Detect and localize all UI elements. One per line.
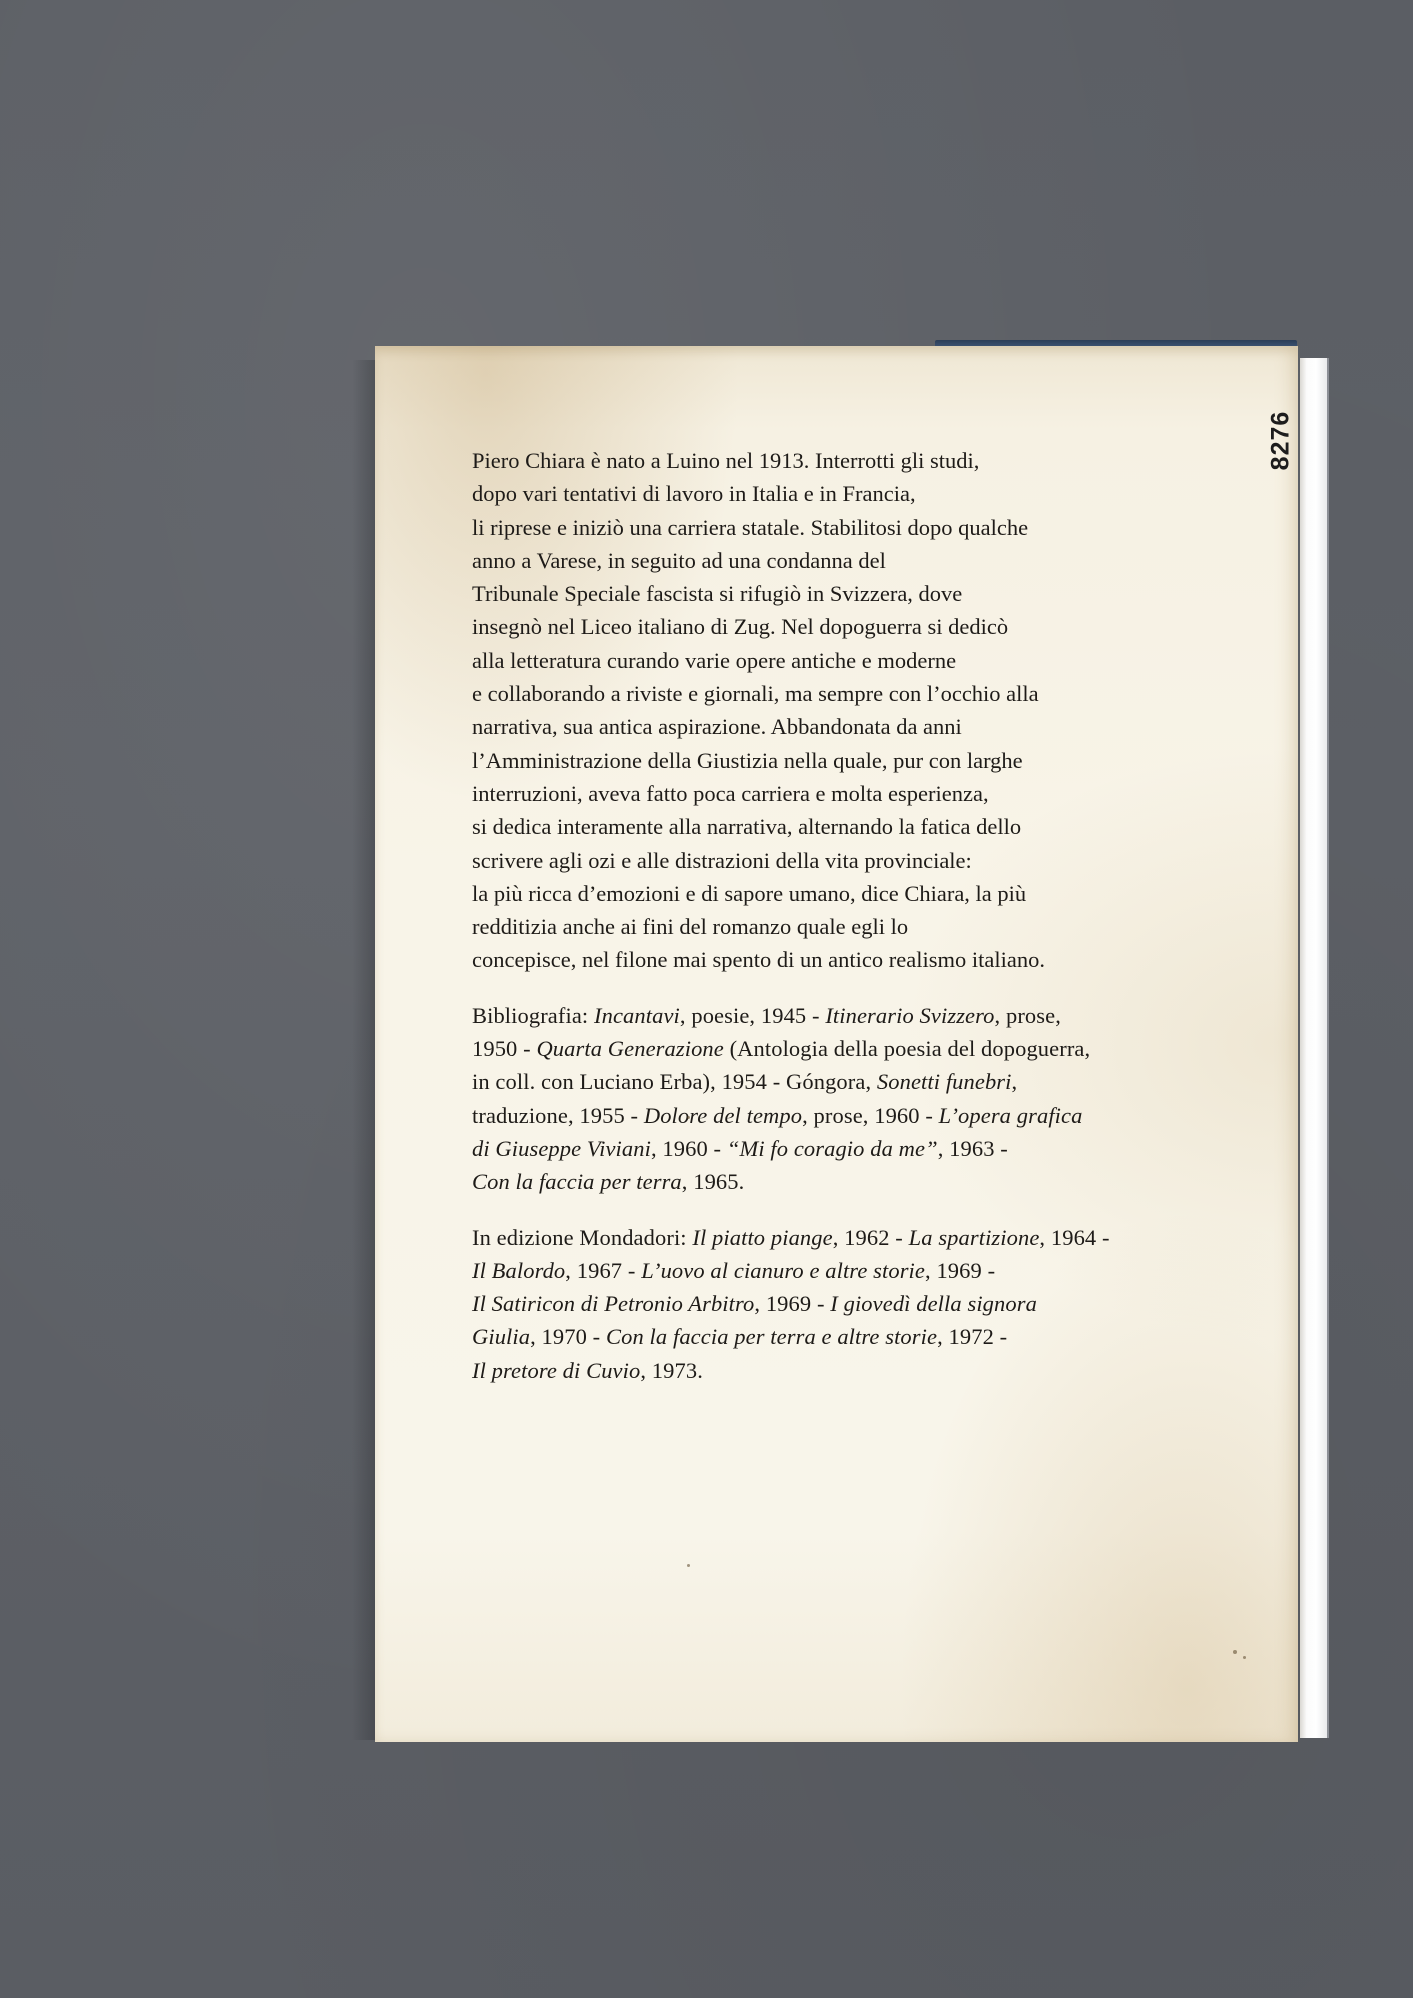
mondadori-line: In edizione Mondadori: Il piatto piange,…: [472, 1221, 1272, 1254]
bio-line: dopo vari tentativi di lavoro in Italia …: [472, 477, 1272, 510]
mondadori-line: Il pretore di Cuvio, 1973.: [472, 1354, 1272, 1387]
bio-line: si dedica interamente alla narrativa, al…: [472, 810, 1272, 843]
title: Il Balordo: [472, 1258, 565, 1283]
title: Giulia: [472, 1324, 530, 1349]
detail: , 1965.: [682, 1169, 745, 1194]
bibliography: Bibliografia: Incantavi, poesie, 1945 - …: [472, 999, 1272, 1199]
title: Con la faccia per terra: [472, 1169, 682, 1194]
title: I giovedì della signora: [830, 1291, 1037, 1316]
detail: , 1970 -: [530, 1324, 606, 1349]
bio-line: Piero Chiara è nato a Luino nel 1913. In…: [472, 444, 1272, 477]
bibliography-line: di Giuseppe Viviani, 1960 - “Mi fo corag…: [472, 1132, 1272, 1165]
paper-speck: [1233, 1650, 1237, 1654]
book-shadow: [352, 360, 376, 1740]
detail: , 1964 -: [1039, 1225, 1109, 1250]
mondadori-line: Il Satiricon di Petronio Arbitro, 1969 -…: [472, 1287, 1272, 1320]
title: La spartizione: [909, 1225, 1040, 1250]
title: L’uovo al cianuro e altre storie: [641, 1258, 925, 1283]
title: Dolore del tempo: [644, 1103, 802, 1128]
title: Quarta Generazione: [536, 1036, 723, 1061]
bio-line: la più ricca d’emozioni e di sapore uman…: [472, 877, 1272, 910]
bibliography-line: Bibliografia: Incantavi, poesie, 1945 - …: [472, 999, 1272, 1032]
detail: (Antologia della poesia del dopoguerra,: [724, 1036, 1090, 1061]
detail: , prose, 1960 -: [802, 1103, 939, 1128]
bio-line: concepisce, nel filone mai spento di un …: [472, 943, 1272, 976]
bibliography-line: Con la faccia per terra, 1965.: [472, 1165, 1272, 1198]
bio-line: Tribunale Speciale fascista si rifugiò i…: [472, 577, 1272, 610]
detail: , 1963 -: [938, 1136, 1008, 1161]
detail: ,: [1012, 1069, 1018, 1094]
paper-speck: [687, 1116, 690, 1119]
cover-text: Piero Chiara è nato a Luino nel 1913. In…: [472, 444, 1272, 1409]
mondadori-editions: In edizione Mondadori: Il piatto piange,…: [472, 1221, 1272, 1387]
detail: , poesie, 1945 -: [680, 1003, 825, 1028]
bio-line: redditizia anche ai fini del romanzo qua…: [472, 910, 1272, 943]
detail: traduzione, 1955 -: [472, 1103, 644, 1128]
title: Itinerario Svizzero: [825, 1003, 994, 1028]
bio-line: narrativa, sua antica aspirazione. Abban…: [472, 710, 1272, 743]
page-block-edge: [1300, 358, 1329, 1738]
bio-line: alla letteratura curando varie opere ant…: [472, 644, 1272, 677]
bio-line: anno a Varese, in seguito ad una condann…: [472, 544, 1272, 577]
bio-line: interruzioni, aveva fatto poca carriera …: [472, 777, 1272, 810]
detail: in coll. con Luciano Erba), 1954 - Góngo…: [472, 1069, 877, 1094]
mondadori-line: Il Balordo, 1967 - L’uovo al cianuro e a…: [472, 1254, 1272, 1287]
detail: , 1962 -: [833, 1225, 909, 1250]
book-back-cover: 8276 Piero Chiara è nato a Luino nel 191…: [375, 342, 1300, 1744]
mondadori-label: In edizione Mondadori:: [472, 1225, 692, 1250]
detail: , 1973.: [640, 1358, 703, 1383]
title: di Giuseppe Viviani: [472, 1136, 651, 1161]
detail: , 1967 -: [565, 1258, 641, 1283]
paper-speck: [687, 1564, 690, 1567]
title: Il pretore di Cuvio: [472, 1358, 640, 1383]
title: Il piatto piange: [692, 1225, 832, 1250]
detail: 1950 -: [472, 1036, 536, 1061]
paper-speck: [1243, 1656, 1246, 1659]
bibliography-label: Bibliografia:: [472, 1003, 588, 1028]
dust-jacket: 8276 Piero Chiara è nato a Luino nel 191…: [375, 346, 1298, 1742]
bibliography-line: 1950 - Quarta Generazione (Antologia del…: [472, 1032, 1272, 1065]
bio-line: li riprese e iniziò una carriera statale…: [472, 511, 1272, 544]
mondadori-line: Giulia, 1970 - Con la faccia per terra e…: [472, 1320, 1272, 1353]
title: Incantavi: [594, 1003, 680, 1028]
title: L’opera grafica: [939, 1103, 1083, 1128]
bio-line: scrivere agli ozi e alle distrazioni del…: [472, 844, 1272, 877]
bibliography-line: traduzione, 1955 - Dolore del tempo, pro…: [472, 1099, 1272, 1132]
author-biography: Piero Chiara è nato a Luino nel 1913. In…: [472, 444, 1272, 977]
bio-line: insegnò nel Liceo italiano di Zug. Nel d…: [472, 610, 1272, 643]
bio-line: l’Amministrazione della Giustizia nella …: [472, 744, 1272, 777]
detail: , 1969 -: [925, 1258, 995, 1283]
detail: , 1969 -: [754, 1291, 830, 1316]
bibliography-line: in coll. con Luciano Erba), 1954 - Góngo…: [472, 1065, 1272, 1098]
detail: , prose,: [995, 1003, 1061, 1028]
title: “Mi fo coragio da me”: [727, 1136, 938, 1161]
title: Sonetti funebri: [877, 1069, 1012, 1094]
detail: , 1972 -: [937, 1324, 1007, 1349]
detail: , 1960 -: [651, 1136, 727, 1161]
title: Il Satiricon di Petronio Arbitro: [472, 1291, 754, 1316]
title: Con la faccia per terra e altre storie: [606, 1324, 937, 1349]
bio-line: e collaborando a riviste e giornali, ma …: [472, 677, 1272, 710]
